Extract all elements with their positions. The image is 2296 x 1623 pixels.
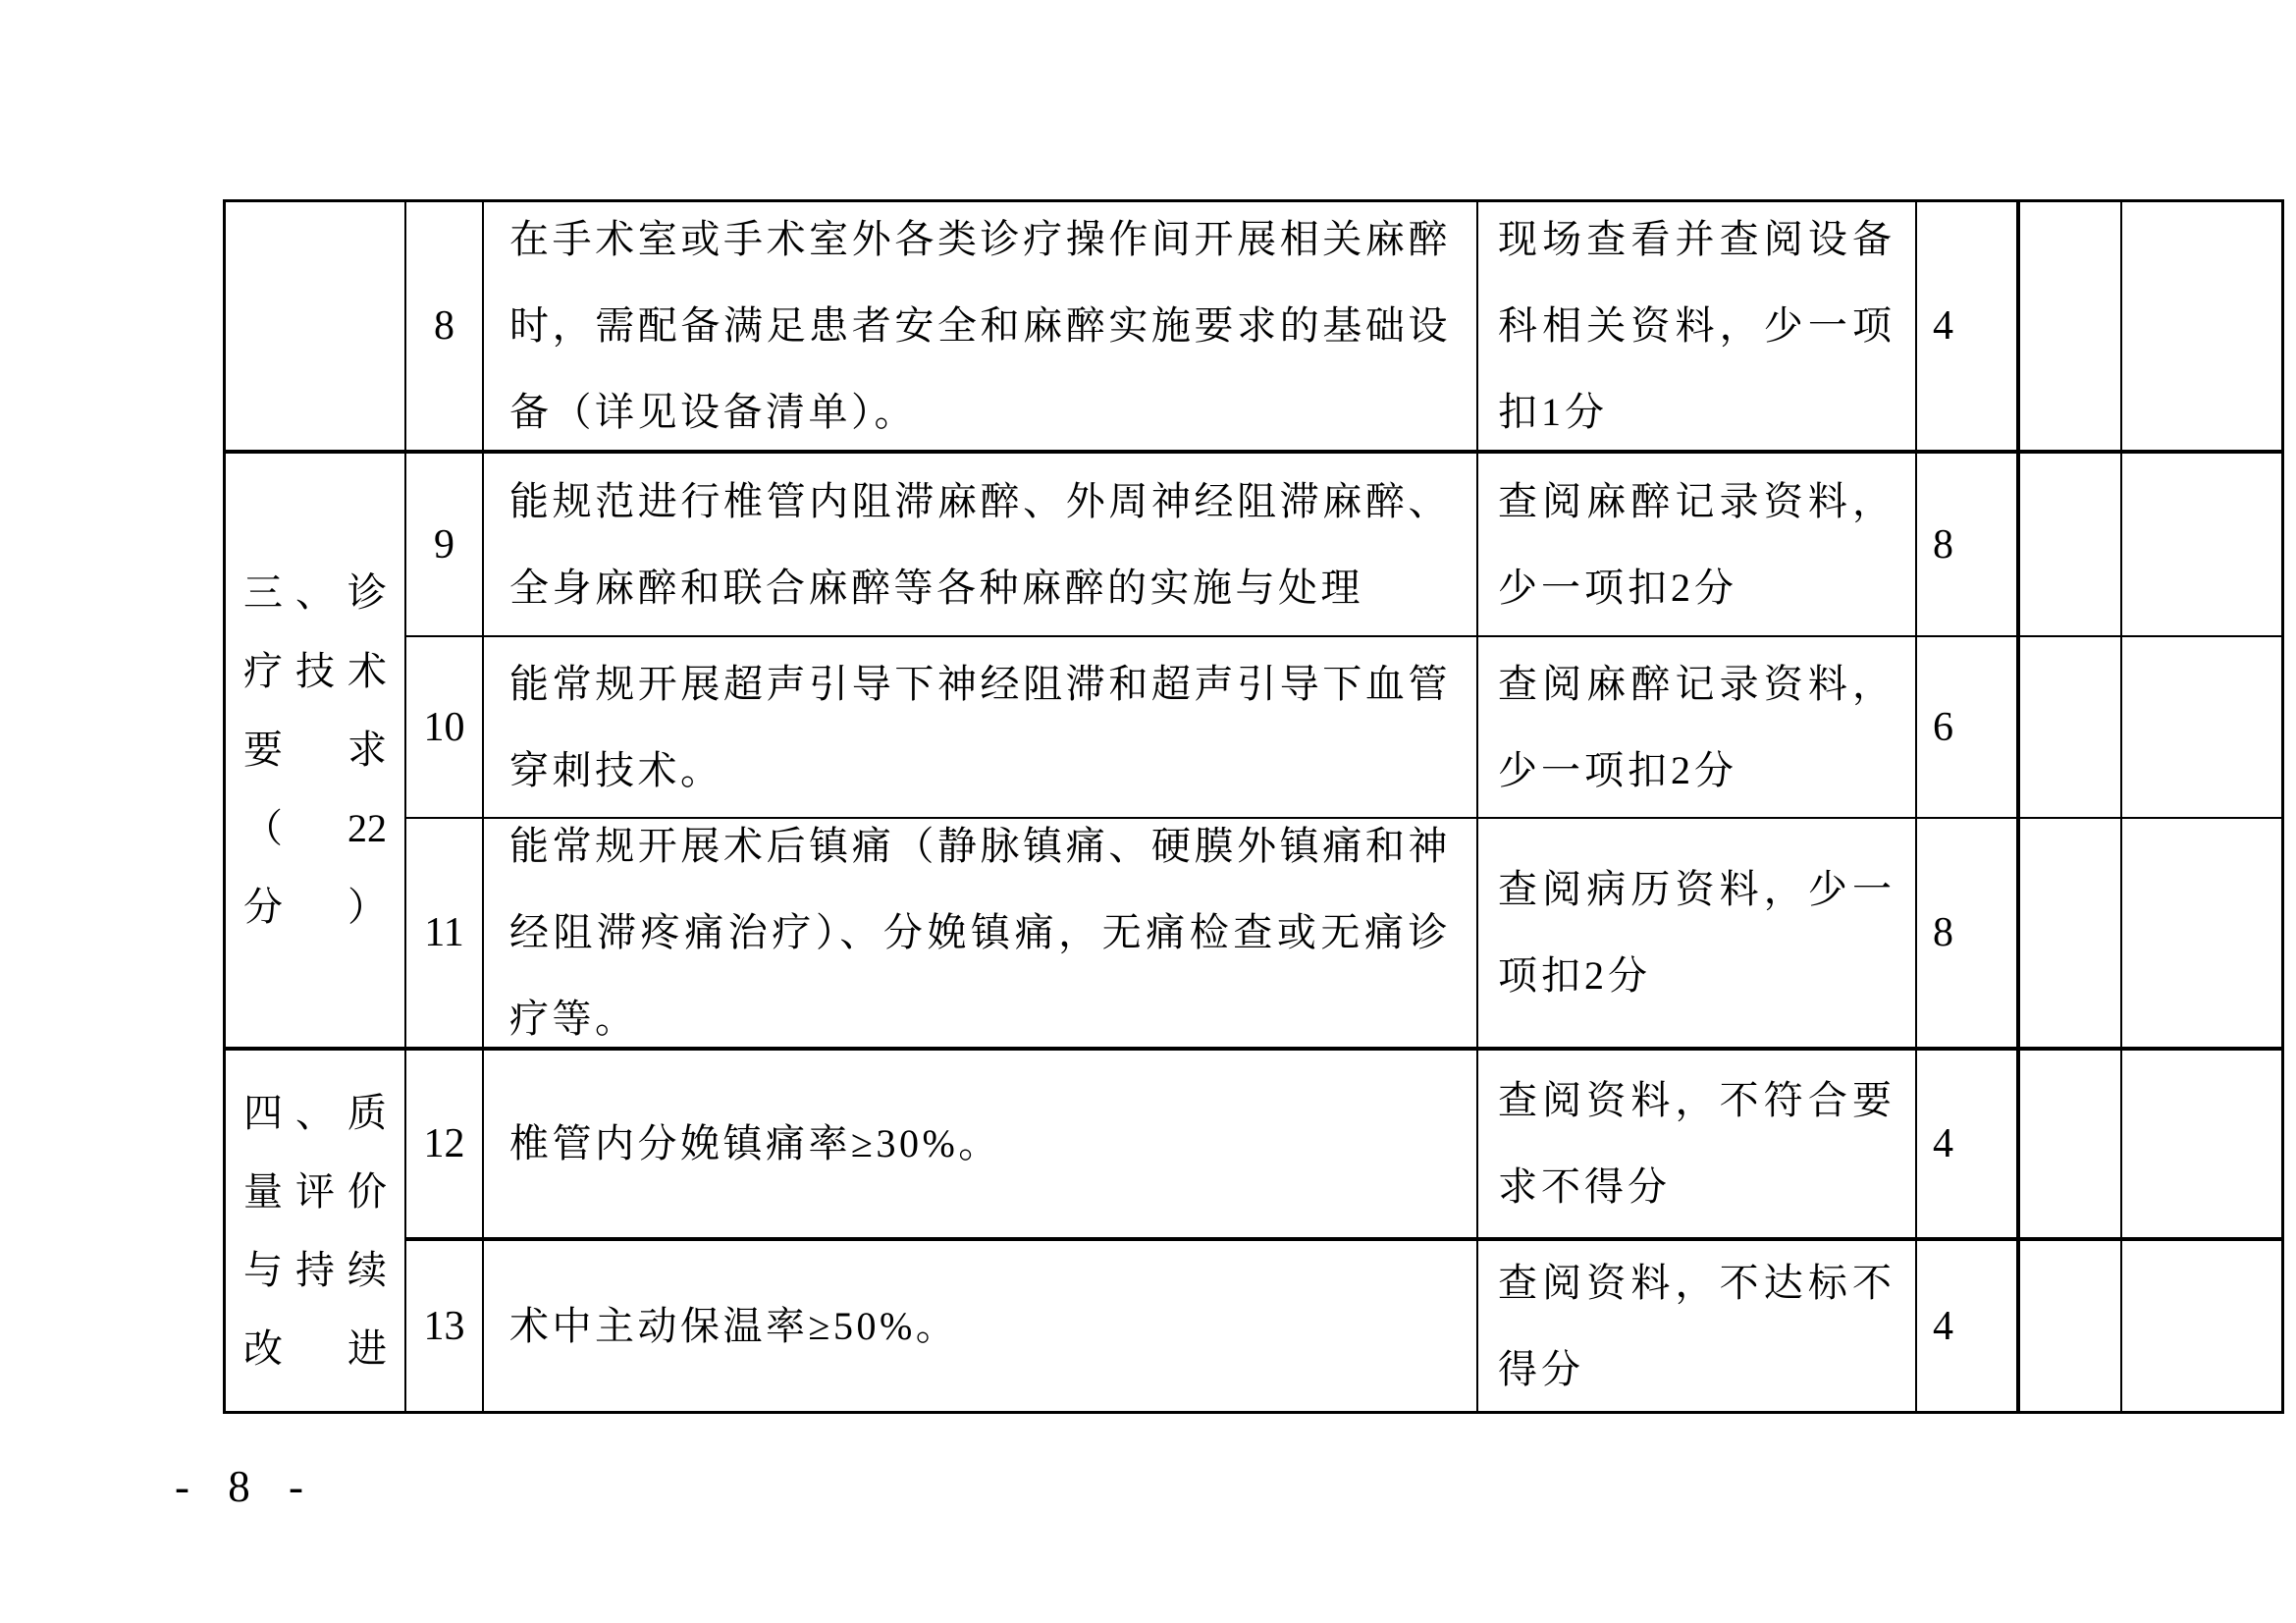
method-text: 查阅病历资料，少一项扣2分 — [1498, 846, 1896, 1019]
category-line: 三、诊 — [243, 554, 387, 632]
deduction-cell-empty — [2020, 202, 2122, 454]
criteria-text: 椎管内分娩镇痛率≥30%。 — [509, 1101, 1451, 1187]
category-line: （22 — [243, 789, 387, 868]
criteria-text: 能常规开展术后镇痛（静脉镇痛、硬膜外镇痛和神经阻滞疼痛治疗）、分娩镇痛，无痛检查… — [509, 803, 1451, 1062]
deduction-cell-empty — [2020, 454, 2122, 637]
category-line: 四、质 — [243, 1074, 387, 1153]
result-cell-empty — [2122, 454, 2281, 637]
criteria-cell: 术中主动保温率≥50%。 — [484, 1241, 1478, 1411]
row-number-cell: 12 — [406, 1051, 484, 1241]
score-cell: 6 — [1917, 637, 2020, 819]
score-cell: 4 — [1917, 202, 2020, 454]
category-cell-empty — [226, 202, 406, 454]
score-cell: 4 — [1917, 1241, 2020, 1411]
method-text: 现场查看并查阅设备科相关资料，少一项扣1分 — [1498, 196, 1896, 456]
category-line: 分） — [243, 868, 387, 947]
method-cell: 查阅麻醉记录资料，少一项扣2分 — [1478, 637, 1917, 819]
method-cell: 查阅资料，不符合要求不得分 — [1478, 1051, 1917, 1241]
score-cell: 4 — [1917, 1051, 2020, 1241]
result-cell-empty — [2122, 202, 2281, 454]
score-cell: 8 — [1917, 454, 2020, 637]
deduction-cell-empty — [2020, 1051, 2122, 1241]
category-cell-diagnosis-tech: 三、诊 疗技术 要求 （22 分） — [226, 454, 406, 1051]
category-cell-quality-improvement: 四、质 量评价 与持续 改进 — [226, 1051, 406, 1411]
method-text: 查阅麻醉记录资料，少一项扣2分 — [1498, 641, 1896, 814]
criteria-text: 在手术室或手术室外各类诊疗操作间开展相关麻醉时，需配备满足患者安全和麻醉实施要求… — [509, 196, 1451, 456]
deduction-cell-empty — [2020, 819, 2122, 1051]
method-cell: 现场查看并查阅设备科相关资料，少一项扣1分 — [1478, 202, 1917, 454]
criteria-cell: 在手术室或手术室外各类诊疗操作间开展相关麻醉时，需配备满足患者安全和麻醉实施要求… — [484, 202, 1478, 454]
criteria-cell: 能常规开展术后镇痛（静脉镇痛、硬膜外镇痛和神经阻滞疼痛治疗）、分娩镇痛，无痛检查… — [484, 819, 1478, 1051]
method-cell: 查阅麻醉记录资料，少一项扣2分 — [1478, 454, 1917, 637]
method-cell: 查阅病历资料，少一项扣2分 — [1478, 819, 1917, 1051]
method-text: 查阅麻醉记录资料，少一项扣2分 — [1498, 459, 1896, 631]
row-number-cell: 10 — [406, 637, 484, 819]
result-cell-empty — [2122, 1051, 2281, 1241]
method-text: 查阅资料，不符合要求不得分 — [1498, 1057, 1896, 1230]
criteria-text: 术中主动保温率≥50%。 — [509, 1283, 1451, 1370]
deduction-cell-empty — [2020, 637, 2122, 819]
result-cell-empty — [2122, 819, 2281, 1051]
page-number: - 8 - — [175, 1461, 317, 1512]
scoring-table: 三、诊 疗技术 要求 （22 分） 四、质 量评价 与持续 改进 8 在手术室或… — [223, 199, 2284, 1414]
method-cell: 查阅资料，不达标不得分 — [1478, 1241, 1917, 1411]
category-line: 要求 — [243, 711, 387, 789]
category-line: 与持续 — [243, 1231, 387, 1310]
criteria-cell: 椎管内分娩镇痛率≥30%。 — [484, 1051, 1478, 1241]
row-number-cell: 9 — [406, 454, 484, 637]
row-number-cell: 11 — [406, 819, 484, 1051]
criteria-text: 能规范进行椎管内阻滞麻醉、外周神经阻滞麻醉、全身麻醉和联合麻醉等各种麻醉的实施与… — [509, 459, 1451, 631]
deduction-cell-empty — [2020, 1241, 2122, 1411]
category-line: 疗技术 — [243, 632, 387, 711]
result-cell-empty — [2122, 1241, 2281, 1411]
category-line: 改进 — [243, 1310, 387, 1388]
score-cell: 8 — [1917, 819, 2020, 1051]
criteria-text: 能常规开展超声引导下神经阻滞和超声引导下血管穿刺技术。 — [509, 641, 1451, 814]
row-number-cell: 13 — [406, 1241, 484, 1411]
result-cell-empty — [2122, 637, 2281, 819]
criteria-cell: 能规范进行椎管内阻滞麻醉、外周神经阻滞麻醉、全身麻醉和联合麻醉等各种麻醉的实施与… — [484, 454, 1478, 637]
criteria-cell: 能常规开展超声引导下神经阻滞和超声引导下血管穿刺技术。 — [484, 637, 1478, 819]
method-text: 查阅资料，不达标不得分 — [1498, 1240, 1896, 1413]
row-number-cell: 8 — [406, 202, 484, 454]
category-line: 量评价 — [243, 1153, 387, 1231]
